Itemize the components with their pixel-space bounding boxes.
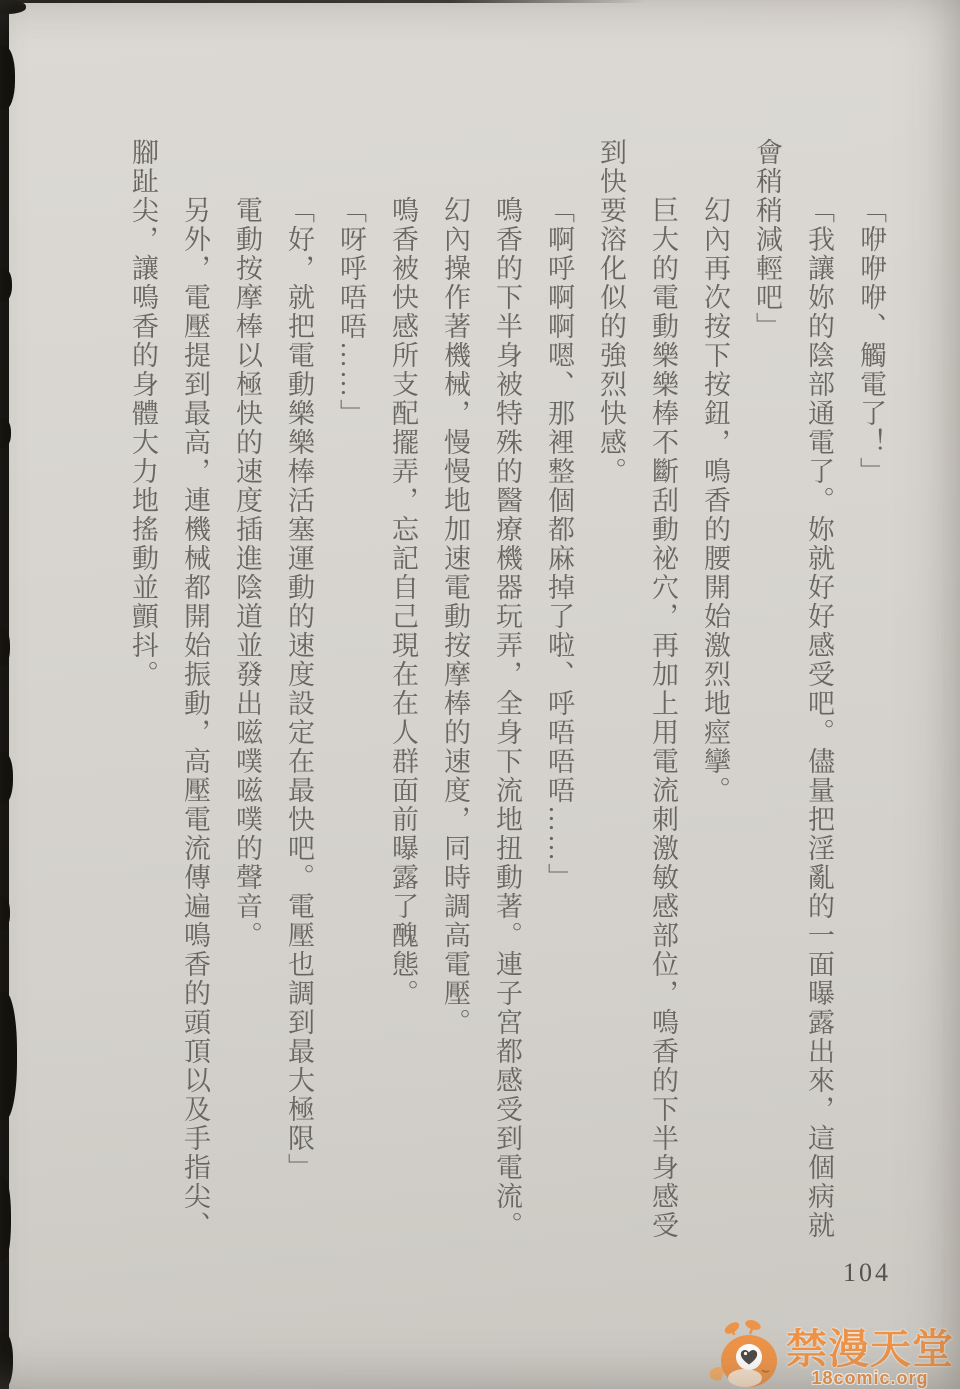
scan-smudge [0,752,13,804]
scan-smudge [0,1176,11,1262]
text-column: 到快要溶化似的強烈快感。 [596,138,626,486]
text-column: 電動按摩棒以極快的速度插進陰道並發出嗞噗嗞噗的聲音。 [232,138,262,950]
scan-smudge [0,992,17,1120]
scan-smudge [0,268,12,302]
mascot-icon [708,1319,784,1389]
text-column: 「咿咿咿、觸電了！」 [856,138,886,486]
watermark-site-name: 禁漫天堂 [786,1329,954,1369]
text-column: 鳴香的下半身被特殊的醫療機器玩弄，全身下流地扭動著。連子宮都感受到電流。 [492,138,522,1240]
text-column: 「啊呼啊啊嗯、那裡整個都麻掉了啦、呼唔唔唔……」 [544,138,574,892]
text-column: 幻內操作著機械，慢慢地加速電動按摩棒的速度，同時調高電壓。 [440,138,470,1037]
book-page-scan: { "page": { "number": "104", "text_direc… [0,0,960,1389]
scan-smudge [0,1332,13,1389]
text-column: 「呀呼唔唔……」 [336,138,366,428]
text-column: 「好，就把電動樂樂棒活塞運動的速度設定在最快吧。電壓也調到最大極限」 [284,138,314,1182]
page-text: 「咿咿咿、觸電了！」「我讓妳的陰部通電了。妳就好好感受吧。儘量把淫亂的一面曝露出… [100,138,886,1253]
scan-smudge [0,0,26,14]
watermark-site-url: 18comic.org [811,1368,928,1389]
scan-edge-top [0,0,645,3]
text-column: 腳趾尖，讓鳴香的身體大力地搖動並顫抖。 [128,138,158,689]
text-column: 另外，電壓提到最高，連機械都開始振動，高壓電流傳遍鳴香的頭頂以及手指尖、 [180,138,210,1240]
text-column: 幻內再次按下按鈕，鳴香的腰開始激烈地痙攣。 [700,138,730,805]
text-column: 會稍稍減輕吧」 [752,138,782,341]
text-column: 鳴香被快感所支配擺弄，忘記自己現在在人群面前曝露了醜態。 [388,138,418,1008]
scan-smudge [0,46,15,110]
scan-smudge [0,418,11,448]
text-column: 「我讓妳的陰部通電了。妳就好好感受吧。儘量把淫亂的一面曝露出來，這個病就 [804,138,834,1240]
text-column: 巨大的電動樂樂棒不斷刮動祕穴，再加上用電流刺激敏感部位，鳴香的下半身感受 [648,138,678,1240]
page-number: 104 [843,1258,891,1288]
site-watermark: 禁漫天堂 18comic.org [708,1319,954,1389]
